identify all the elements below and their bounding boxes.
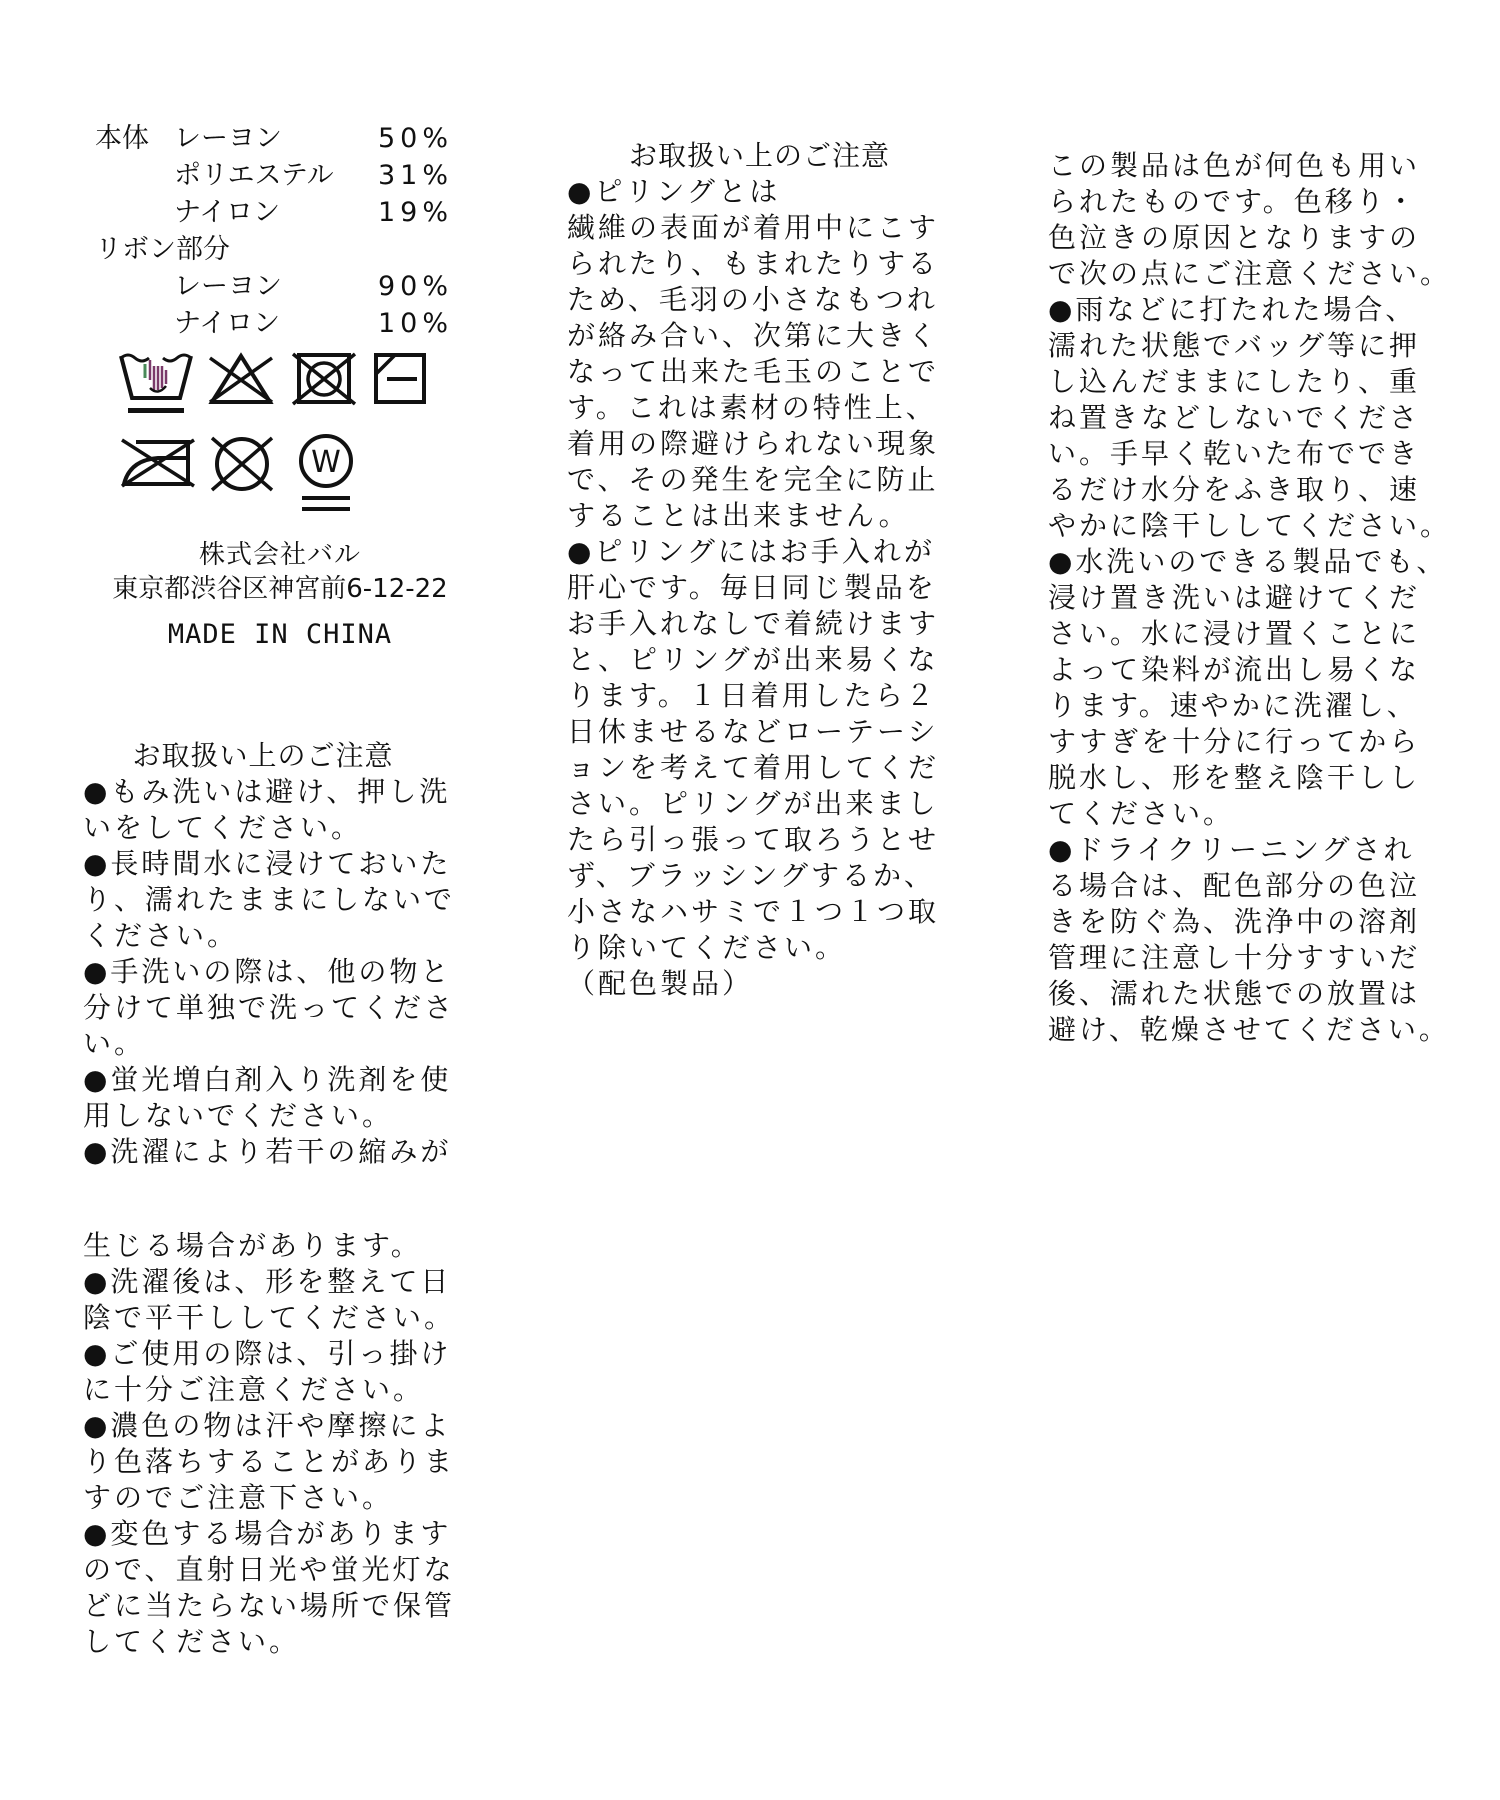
note-line: （配色製品） [567,966,987,1002]
note-line: 肝心です。毎日同じ製品を [567,570,987,606]
note-line: さい。ピリングが出来まし [567,786,987,822]
note-line: ●洗濯後は、形を整えて日 [83,1264,503,1300]
note-line: ため、毛羽の小さなもつれ [567,282,987,318]
company-address: 東京都渋谷区神宮前6-12-22 [90,572,470,606]
composition-row: ナイロン 10% [95,305,475,342]
material-percent: 90% [378,268,453,305]
note-line: ●ピリングにはお手入れが [567,534,987,570]
notes-part-a: ●もみ洗いは避け、押し洗 いをしてください。 ●長時間水に浸けておいた り、濡れ… [83,774,503,1170]
note-line: 生じる場合があります。 [83,1228,503,1264]
note-line: ●雨などに打たれた場合、 [1048,292,1488,328]
note-line: 陰で平干ししてください。 [83,1300,503,1336]
section-heading: お取扱い上のご注意 [567,138,952,174]
note-line: たら引っ張って取ろうとせ [567,822,987,858]
note-line: い。手早く乾いた布ででき [1048,436,1488,472]
composition-row: レーヨン 90% [95,268,475,305]
flat-dry-shade-icon [373,352,429,406]
note-line: ください。 [83,918,503,954]
note-line: してください。 [83,1624,503,1660]
note-line: 脱水し、形を整え陰干しし [1048,760,1488,796]
composition-row: ナイロン 19% [95,194,475,231]
note-line: り除いてください。 [567,930,987,966]
note-line: ります。１日着用したら２ [567,678,987,714]
note-line: ●ドライクリーニングされ [1048,832,1488,868]
note-line: 着用の際避けられない現象 [567,426,987,462]
note-line: り、濡れたままにしないで [83,882,503,918]
note-line: さい。水に浸け置くことに [1048,616,1488,652]
note-line: お手入れなしで着続けます [567,606,987,642]
note-line: ●濃色の物は汗や摩擦によ [83,1408,503,1444]
material-label: レーヨン [174,120,282,157]
part-label: 本体 [95,120,149,157]
note-line: 後、濡れた状態での放置は [1048,976,1488,1012]
note-line: ●変色する場合があります [83,1516,503,1552]
note-line: られたものです。色移り・ [1048,184,1488,220]
note-line: 日休ませるなどローテーシ [567,714,987,750]
no-dry-clean-icon [206,434,278,494]
note-line: で次の点にご注意ください。 [1048,256,1488,292]
note-line: きを防ぐ為、洗浄中の溶剤 [1048,904,1488,940]
note-line: 色泣きの原因となりますの [1048,220,1488,256]
note-line: すすぎを十分に行ってから [1048,724,1488,760]
note-line: い。 [83,1026,503,1062]
note-line: ●ピリングとは [567,174,987,210]
note-line: やかに陰干ししてください。 [1048,508,1488,544]
no-iron-icon [118,436,198,492]
material-percent: 50% [378,120,453,157]
wet-clean-very-gentle-icon: W [296,432,356,518]
left-care-notes: お取扱い上のご注意 ●もみ洗いは避け、押し洗 いをしてください。 ●長時間水に浸… [83,738,503,1660]
note-line: ●蛍光増白剤入り洗剤を使 [83,1062,503,1098]
note-line: り色落ちすることがありま [83,1444,503,1480]
note-line: 浸け置き洗いは避けてくだ [1048,580,1488,616]
hand-wash-icon [118,350,194,418]
note-line: に十分ご注意ください。 [83,1372,503,1408]
note-line: ●もみ洗いは避け、押し洗 [83,774,503,810]
spacer [83,1170,503,1228]
composition-row: ポリエステル 31% [95,157,475,194]
note-line: てください。 [1048,796,1488,832]
note-line: し込んだままにしたり、重 [1048,364,1488,400]
note-line: ね置きなどしないでくださ [1048,400,1488,436]
note-line: ●長時間水に浸けておいた [83,846,503,882]
note-line: ●ご使用の際は、引っ掛け [83,1336,503,1372]
note-line: なって出来た毛玉のことで [567,354,987,390]
note-line: が絡み合い、次第に大きく [567,318,987,354]
material-percent: 19% [378,194,453,231]
note-line: す。これは素材の特性上、 [567,390,987,426]
no-bleach-icon [206,352,276,408]
section-heading: お取扱い上のご注意 [83,738,443,774]
note-line: どに当たらない場所で保管 [83,1588,503,1624]
note-line: ●洗濯により若干の縮みが [83,1134,503,1170]
note-line: ので、直射日光や蛍光灯な [83,1552,503,1588]
note-line: 管理に注意し十分すすいだ [1048,940,1488,976]
note-line: よって染料が流出し易くな [1048,652,1488,688]
note-line: る場合は、配色部分の色泣 [1048,868,1488,904]
note-line: と、ピリングが出来易くな [567,642,987,678]
notes-part-b: 生じる場合があります。 ●洗濯後は、形を整えて日 陰で平干ししてください。 ●ご… [83,1228,503,1660]
note-line: 避け、乾燥させてください。 [1048,1012,1488,1048]
note-line: すのでご注意下さい。 [83,1480,503,1516]
note-line: るだけ水分をふき取り、速 [1048,472,1488,508]
note-line: いをしてください。 [83,810,503,846]
note-line: 濡れた状態でバッグ等に押 [1048,328,1488,364]
note-line: 用しないでください。 [83,1098,503,1134]
color-care-notes: この製品は色が何色も用い られたものです。色移り・ 色泣きの原因となりますの で… [1048,148,1488,1048]
material-label: ナイロン [174,305,280,342]
note-line: ります。速やかに洗濯し、 [1048,688,1488,724]
company-name: 株式会社バル [90,538,470,572]
composition-table: 本体 レーヨン 50% ポリエステル 31% ナイロン 19% リボン部分 レー… [95,120,475,342]
note-line: られたり、もまれたりする [567,246,987,282]
material-percent: 10% [378,305,453,342]
note-line: この製品は色が何色も用い [1048,148,1488,184]
note-line: で、その発生を完全に防止 [567,462,987,498]
composition-row: 本体 レーヨン 50% [95,120,475,157]
no-tumble-dry-icon [291,352,357,406]
note-line: ョンを考えて着用してくだ [567,750,987,786]
svg-text:W: W [311,445,341,480]
company-info: 株式会社バル 東京都渋谷区神宮前6-12-22 MADE IN CHINA [90,538,470,652]
material-label: ポリエステル [174,157,334,194]
care-symbols: W [118,350,438,520]
note-line: ●手洗いの際は、他の物と [83,954,503,990]
note-line: ●水洗いのできる製品でも、 [1048,544,1488,580]
note-line: 小さなハサミで１つ１つ取 [567,894,987,930]
material-percent: 31% [378,157,453,194]
material-label: レーヨン [174,268,282,305]
note-line: 繊維の表面が着用中にこす [567,210,987,246]
note-line: することは出来ません。 [567,498,987,534]
part-label: リボン部分 [95,231,230,268]
pilling-care-notes: お取扱い上のご注意 ●ピリングとは 繊維の表面が着用中にこす られたり、もまれた… [567,138,987,1002]
country-of-origin: MADE IN CHINA [90,618,470,652]
note-line: ず、ブラッシングするか、 [567,858,987,894]
composition-row: リボン部分 [95,231,475,268]
material-label: ナイロン [174,194,280,231]
note-line: 分けて単独で洗ってくださ [83,990,503,1026]
